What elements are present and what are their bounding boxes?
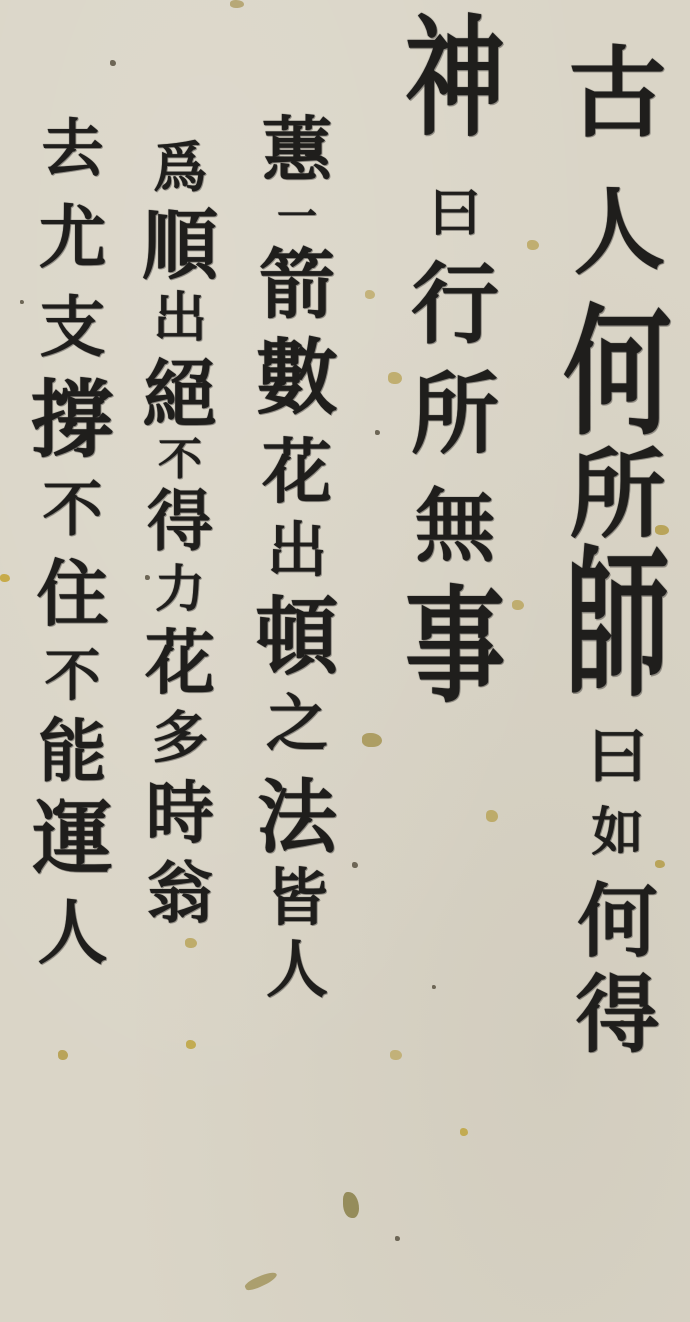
- character: 何: [563, 303, 671, 443]
- gold-fleck: [230, 0, 244, 8]
- character: 撐: [30, 378, 114, 462]
- character: 行: [411, 260, 499, 348]
- dark-fleck: [375, 430, 380, 435]
- character: 得: [575, 973, 659, 1057]
- character: 順: [142, 208, 218, 284]
- gold-fleck: [58, 1050, 68, 1060]
- character: 花: [145, 628, 215, 698]
- calligraphy-paper: 古 人 何 所 師 曰 如 何 得 神 曰 行 所 無 事 蕙 一 箭 數 花 …: [0, 0, 690, 1322]
- character: 去: [41, 118, 103, 180]
- calligraphy-column-3: 蕙 一 箭 數 花 出 頓 之 法 皆 人: [232, 115, 362, 1001]
- character: 皆: [266, 867, 328, 929]
- dark-fleck: [395, 1236, 400, 1241]
- gold-fleck: [527, 240, 539, 250]
- character: 不: [158, 438, 202, 482]
- character: 人: [38, 898, 108, 968]
- character: 支: [40, 294, 106, 360]
- character: 花: [262, 437, 332, 507]
- character: 一: [277, 197, 317, 237]
- gold-fleck: [0, 574, 10, 582]
- character: 曰: [429, 188, 481, 240]
- character: 出: [267, 521, 327, 581]
- character: 數: [256, 337, 338, 419]
- calligraphy-column-1: 古 人 何 所 師 曰 如 何 得: [560, 45, 675, 1057]
- character: 無: [415, 486, 495, 566]
- character: 何: [578, 881, 658, 961]
- character: 得: [147, 488, 213, 554]
- gold-fleck: [390, 1050, 402, 1060]
- dark-fleck: [432, 985, 436, 989]
- calligraphy-column-4: 爲 順 出 絕 不 得 力 花 多 時 翁: [130, 140, 230, 926]
- gold-fleck: [486, 810, 498, 822]
- gold-fleck: [365, 290, 375, 299]
- gold-fleck: [343, 1192, 359, 1218]
- character: 出: [153, 290, 207, 344]
- character: 翁: [147, 860, 213, 926]
- character: 之: [266, 693, 328, 755]
- calligraphy-column-5: 去 尤 支 撐 不 住 不 能 運 人: [20, 118, 125, 968]
- character: 蕙: [262, 115, 332, 185]
- character: 箭: [259, 247, 335, 323]
- character: 不: [43, 480, 103, 540]
- character: 不: [45, 648, 101, 704]
- calligraphy-column-2: 神 曰 行 所 無 事: [395, 28, 515, 696]
- character: 多: [152, 710, 208, 766]
- character: 師: [565, 544, 669, 705]
- character: 運: [33, 798, 113, 878]
- character: 如: [591, 807, 643, 859]
- dark-fleck: [110, 60, 116, 66]
- character: 時: [146, 780, 214, 848]
- character: 所: [411, 370, 499, 458]
- character: 住: [36, 558, 108, 630]
- character: 爲: [153, 140, 207, 194]
- gold-fleck: [185, 938, 197, 948]
- gold-fleck: [243, 1269, 278, 1292]
- gold-fleck: [362, 733, 382, 747]
- character: 力: [155, 564, 205, 614]
- gold-fleck: [186, 1040, 196, 1049]
- character: 頓: [255, 595, 339, 679]
- character: 能: [38, 718, 106, 786]
- character: 尤: [38, 204, 106, 272]
- gold-fleck: [460, 1128, 468, 1136]
- character: 古: [568, 45, 666, 143]
- character: 人: [568, 182, 666, 280]
- character: 曰: [588, 727, 648, 787]
- character: 人: [266, 939, 328, 1001]
- character: 絕: [143, 358, 217, 432]
- character: 法: [257, 777, 337, 857]
- character: 神: [405, 13, 505, 143]
- character: 事: [405, 584, 505, 709]
